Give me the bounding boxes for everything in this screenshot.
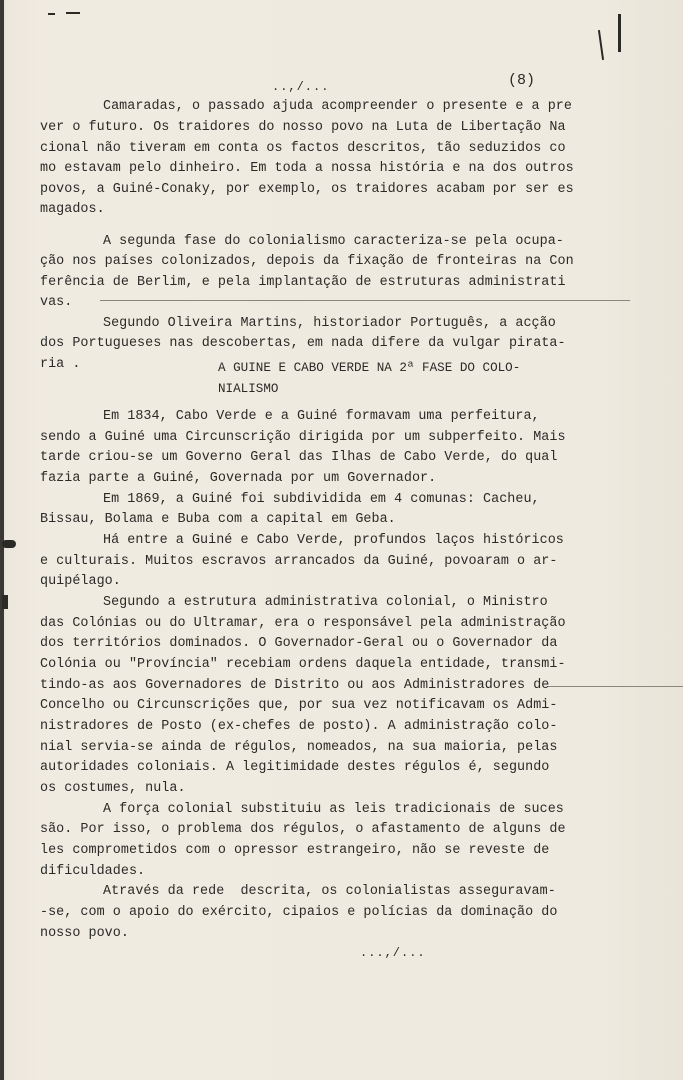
text-line: les comprometidos com o opressor estrang… [40,843,549,858]
text-line: nosso povo. [40,926,129,941]
text-line: ção nos países colonizados, depois da fi… [40,254,574,269]
text-line: Através da rede descrita, os colonialist… [103,884,556,899]
text-line: são. Por isso, o problema dos régulos, o… [40,822,566,837]
text-line: dos Portugueses nas descobertas, em nada… [40,336,566,351]
text-line: autoridades coloniais. A legitimidade de… [40,760,549,775]
text-line: os costumes, nula. [40,781,186,796]
text-line: ria . [40,357,80,372]
stray-line [100,300,630,301]
handwritten-mark [598,30,604,60]
text-line: sendo a Guiné uma Circunscrição dirigida… [40,430,566,445]
text-line: ferência de Berlim, e pela implantação d… [40,275,566,290]
text-line: Em 1834, Cabo Verde e a Guiné formavam u… [103,409,540,424]
section-heading-line-1: A GUINE E CABO VERDE NA 2ª FASE DO COLO- [218,361,520,375]
text-line: Bissau, Bolama e Buba com a capital em G… [40,512,396,527]
scan-mark [66,12,80,14]
text-line: tindo-as aos Governadores de Distrito ou… [40,678,549,693]
text-line: Concelho ou Circunscrições que, por sua … [40,698,557,713]
text-line: Em 1869, a Guiné foi subdividida em 4 co… [103,492,540,507]
text-line: mo estavam pelo dinheiro. Em toda a noss… [40,161,574,176]
text-line: A força colonial substituiu as leis trad… [103,802,564,817]
text-line: tarde criou-se um Governo Geral das Ilha… [40,450,557,465]
text-line: ver o futuro. Os traidores do nosso povo… [40,120,566,135]
document-page: ..,/... (8) Camaradas, o passado ajuda a… [0,0,683,1080]
text-line: dificuldades. [40,864,145,879]
text-line: quipélago. [40,574,121,589]
text-line: das Colónias ou do Ultramar, era o respo… [40,616,566,631]
text-line: Colónia ou "Província" recebiam ordens d… [40,657,566,672]
text-line: cional não tiveram em conta os factos de… [40,141,566,156]
text-line: nial servia-se ainda de régulos, nomeado… [40,740,557,755]
scan-mark [2,540,16,548]
section-heading-line-2: NIALISMO [218,382,278,396]
text-line: vas. [40,295,72,310]
text-line: e culturais. Muitos escravos arrancados … [40,554,557,569]
scan-mark [48,13,55,15]
text-line: Segundo Oliveira Martins, historiador Po… [103,316,556,331]
text-line: Camaradas, o passado ajuda acompreender … [103,99,572,114]
text-line: -se, com o apoio do exército, cipaios e … [40,905,557,920]
continuation-footer: ...,/... [360,946,426,960]
page-number: (8) [508,72,535,89]
text-line: Segundo a estrutura administrativa colon… [103,595,548,610]
scan-mark [2,595,8,609]
text-line: A segunda fase do colonialismo caracteri… [103,234,564,249]
text-line: dos territórios dominados. O Governador-… [40,636,557,651]
handwritten-mark [618,14,621,52]
text-line: fazia parte a Guiné, Governada por um Go… [40,471,436,486]
text-line: Há entre a Guiné e Cabo Verde, profundos… [103,533,564,548]
continuation-header: ..,/... [272,80,329,94]
text-line: povos, a Guiné-Conaky, por exemplo, os t… [40,182,574,197]
text-line: nistradores de Posto (ex-chefes de posto… [40,719,557,734]
text-line: magados. [40,202,105,217]
stray-line [548,686,683,687]
